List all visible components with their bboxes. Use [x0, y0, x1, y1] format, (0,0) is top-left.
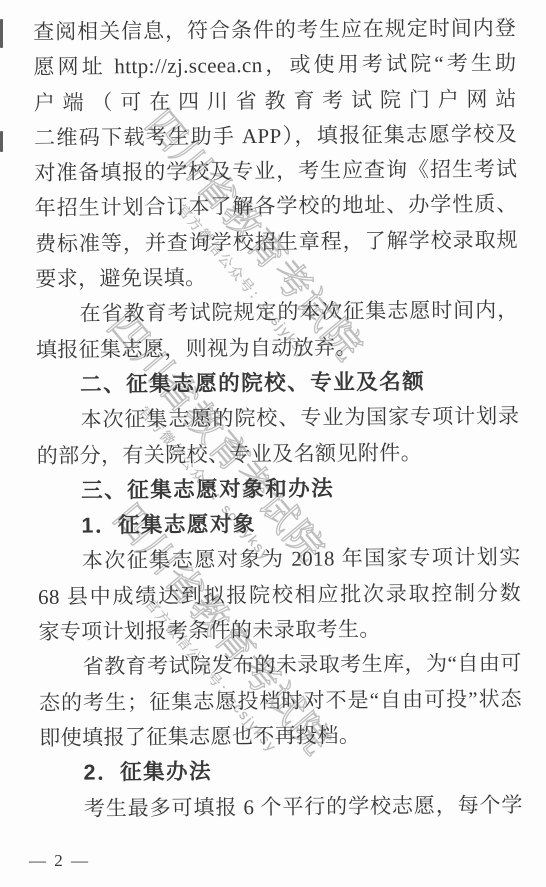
text-line: 本次征集志愿的院校、专业为国家专项计划录取未完成	[36, 399, 519, 439]
text-segment: 户端（可在四川省教育考试院门户网站	[34, 86, 517, 114]
text-line: 二维码下载考生助手 APP），填报征集志愿学校及专业志愿。	[34, 117, 517, 157]
text-line: 即使填报了征集志愿也不再投档。	[39, 717, 522, 757]
text-line: 年招生计划合订本了解各学校的地址、办学性质、各专业收	[35, 187, 518, 227]
heading-line: 二、征集志愿的院校、专业及名额	[36, 364, 519, 404]
text-line: 家专项计划报考条件的未录取考生。	[38, 611, 521, 651]
scan-edge-artifact	[0, 19, 3, 48]
text-line: 费标准等，并查询学校招生章程，了解学校录取规则和相关	[35, 223, 518, 263]
text-line: 要求，避免误填。	[35, 258, 518, 298]
page-number: — 2 —	[29, 851, 90, 871]
text-line: 查阅相关信息，符合条件的考生应在规定时间内登录征集志	[33, 11, 516, 51]
heading-line: 1．征集志愿对象	[37, 505, 520, 545]
document-text-block: 查阅相关信息，符合条件的考生应在规定时间内登录征集志愿网址 http://zj.…	[33, 11, 523, 827]
scan-edge-artifact	[0, 131, 3, 152]
text-line: 在省教育考试院规定的本次征集志愿时间内，考生若未	[35, 293, 518, 333]
text-line: 愿网址 http://zj.sceea.cn，或使用考试院“考生助手”手机客	[33, 46, 516, 86]
text-line: 的部分，有关院校、专业及名额见附件。	[37, 434, 520, 474]
text-line: 对准备填报的学校及专业，考生应查询《招生考试报》2018	[34, 152, 517, 192]
scanned-document-page: 四川省教育考试院 官方微信公众号：scsjyksy 四川省教育考试院 官方微信公…	[0, 0, 546, 887]
text-line: 填报征集志愿，则视为自动放弃。	[36, 328, 519, 368]
text-line: 68 县中成绩达到拟报院校相应批次录取控制分数线、符合国	[38, 576, 521, 616]
text-line: 本次征集志愿对象为 2018 年国家专项计划实施范围的	[38, 540, 521, 580]
heading-line: 三、征集志愿对象和办法	[37, 470, 520, 510]
text-line: 态的考生；征集志愿投档时对不是“自由可投”状态的考生	[39, 681, 522, 721]
text-line: 考生最多可填报 6 个平行的学校志愿，每个学校志愿内	[40, 787, 523, 827]
text-line: 户端（可在四川省教育考试院门户网站 www.sceea.cn 上扫描	[34, 81, 517, 121]
heading-line: 2．征集办法	[39, 752, 522, 792]
text-line: 省教育考试院发布的未录取考生库，为“自由可投”状	[39, 646, 522, 686]
